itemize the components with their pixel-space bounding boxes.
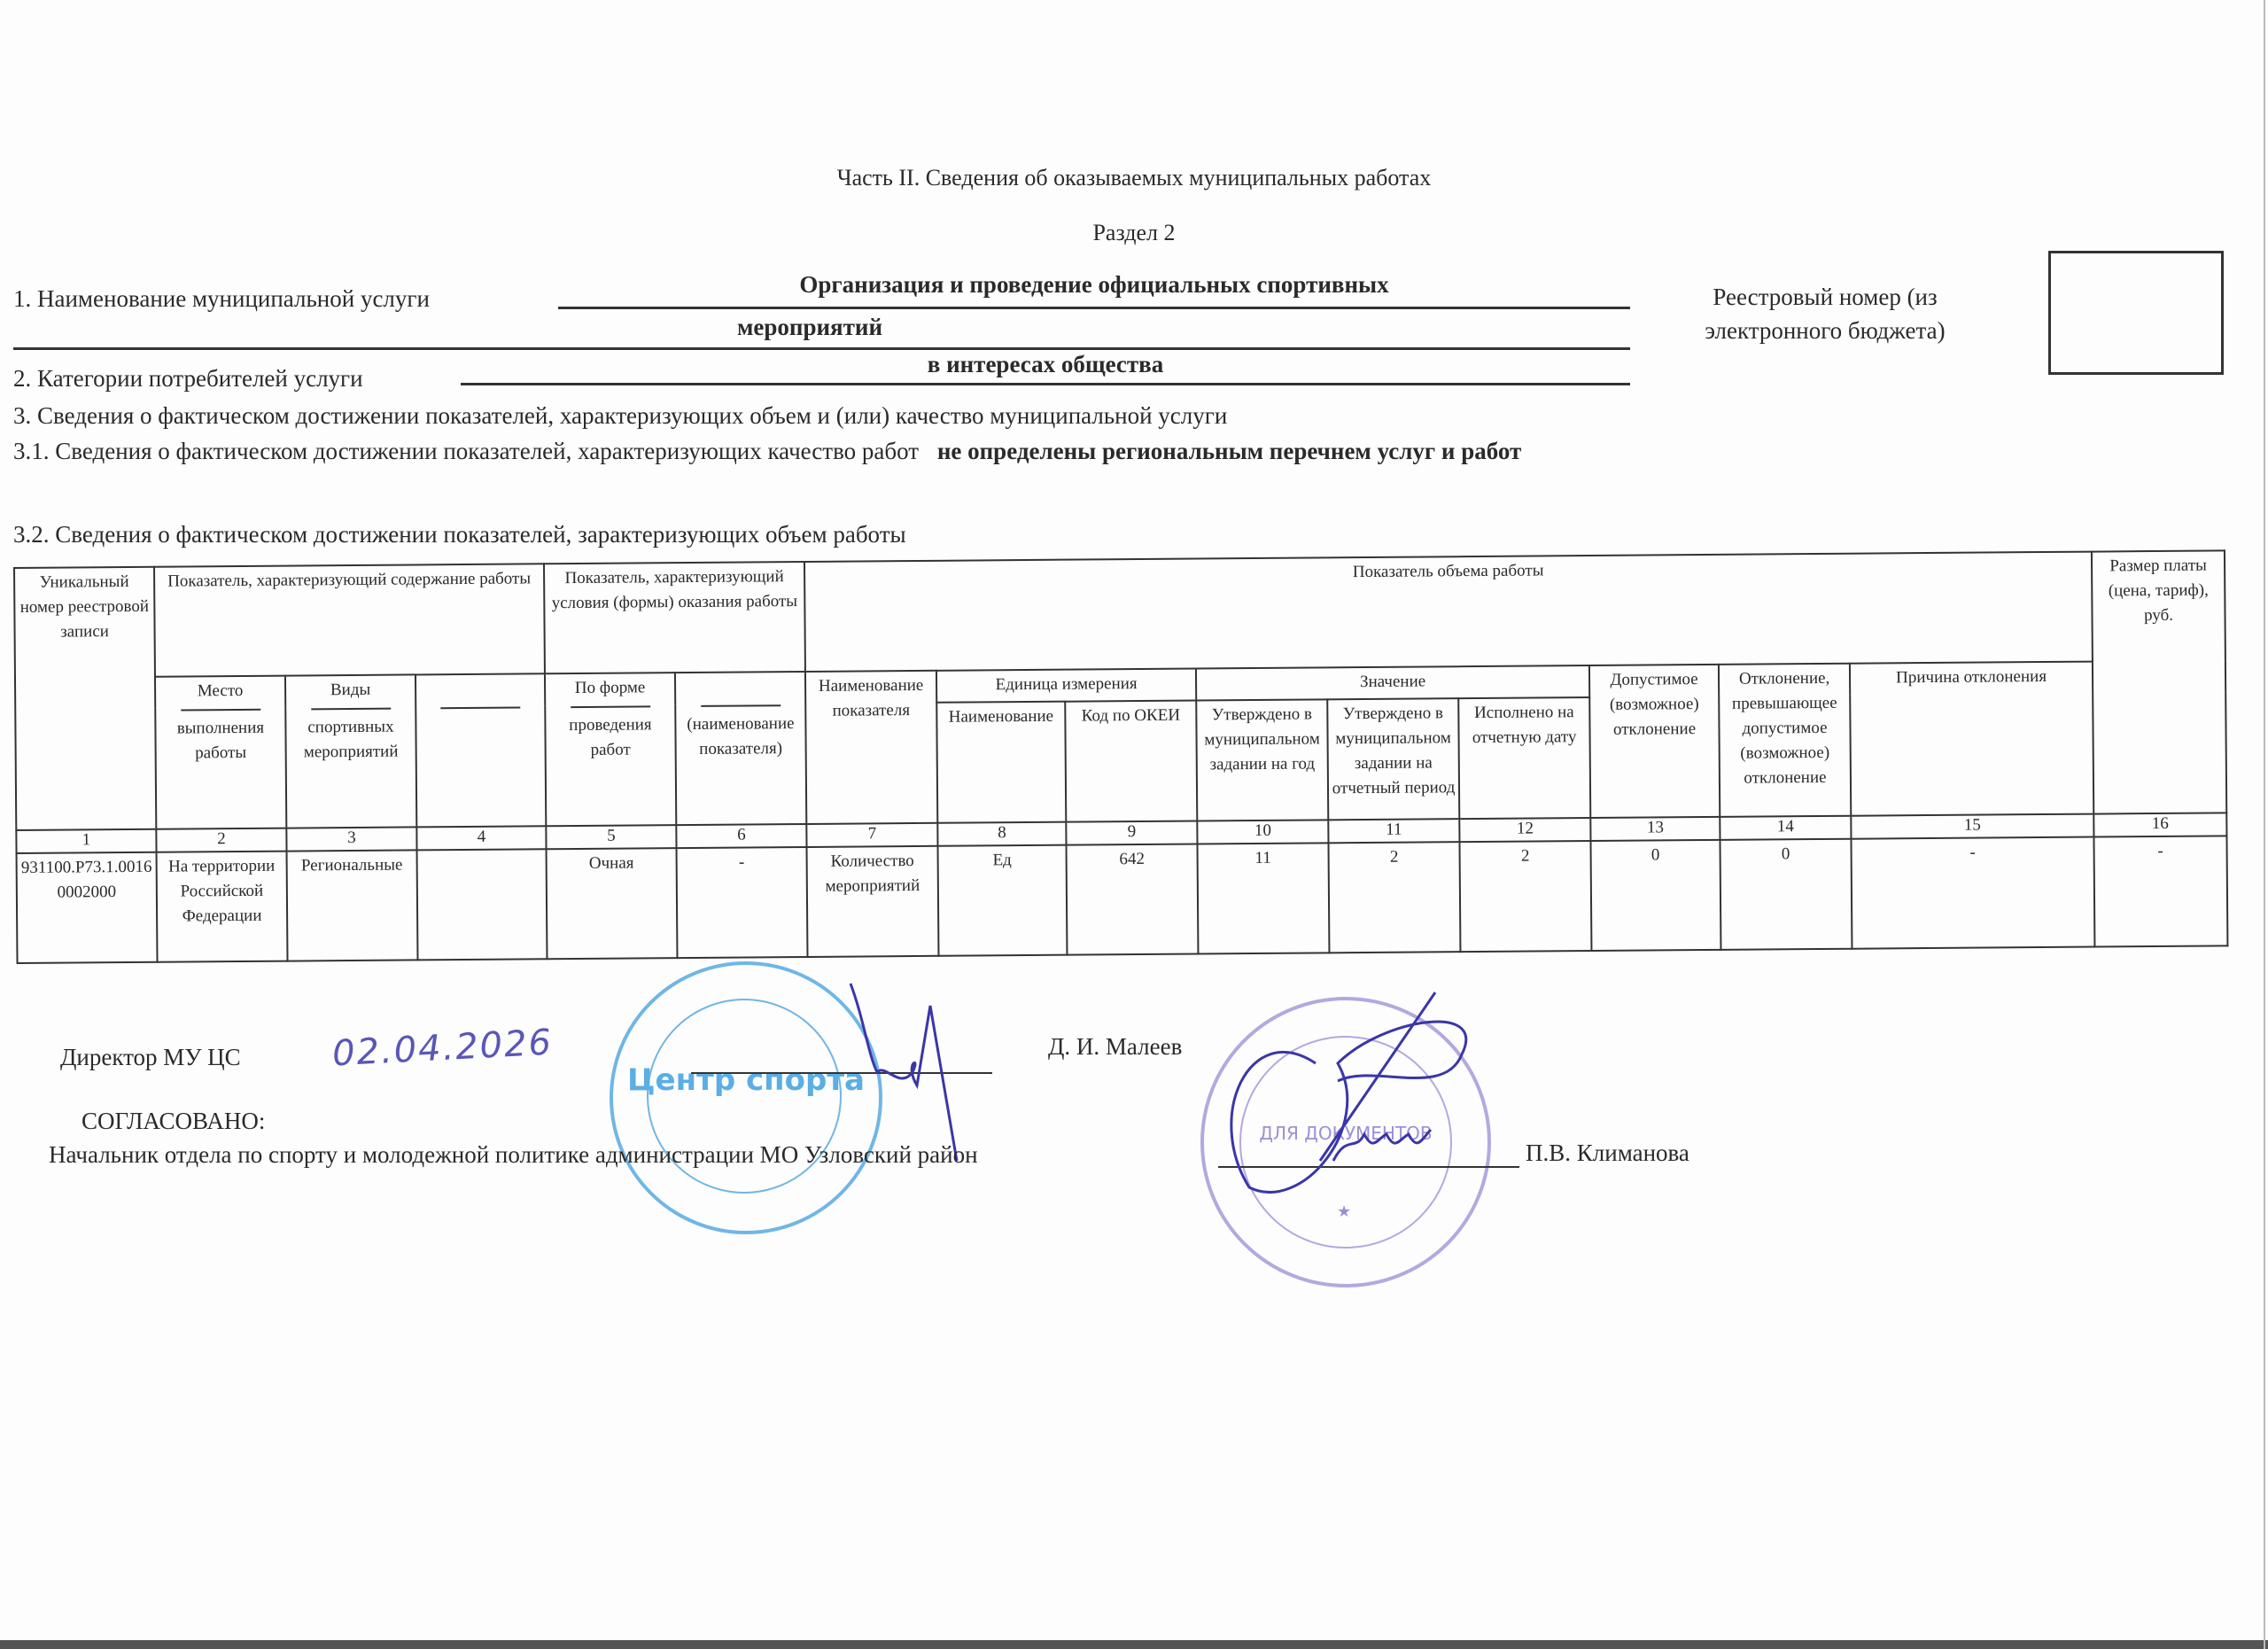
divider — [571, 705, 650, 708]
head-name: П.В. Климанова — [1526, 1140, 1689, 1167]
divider — [701, 704, 781, 707]
consumer-category-value: в интересах общества — [461, 351, 1630, 385]
cell-kinds: Региональные — [287, 850, 418, 961]
consumer-category-label: 2. Категории потребителей услуги — [13, 365, 363, 393]
header-kinds: Виды спортивных мероприятий — [285, 674, 416, 828]
col-num: 15 — [1851, 814, 2093, 839]
header-allowed-deviation: Допустимое (возможное) отклонение — [1589, 665, 1720, 818]
header-place-top: Место — [198, 681, 244, 700]
cell-indicator-sub: - — [677, 847, 808, 958]
registry-number-label: Реестровый номер (из электронного бюджет… — [1683, 280, 1967, 347]
cell-approved-year: 11 — [1198, 843, 1330, 953]
col-num: 11 — [1328, 819, 1459, 843]
head-signature — [1196, 984, 1568, 1214]
cell-deviation-reason: - — [1852, 837, 2095, 949]
header-approved-year: Утверждено в муниципальном задании на го… — [1196, 699, 1328, 821]
section-3-1-value: не определены региональным перечнем услу… — [937, 438, 1521, 464]
header-indicator-name-sub: (наименование показателя) — [675, 672, 806, 825]
director-date: 02.04.2026 — [331, 1023, 554, 1075]
cell-executed: 2 — [1460, 841, 1592, 952]
col-num: 12 — [1459, 818, 1590, 842]
service-name-line2-text: мероприятий — [737, 314, 882, 340]
service-name-label: 1. Наименование муниципальной услуги — [13, 285, 430, 313]
table-row: 931100.Р73.1.00160002000 На территории Р… — [17, 836, 2228, 963]
registry-number-box — [2048, 251, 2224, 375]
header-volume-indicator: Показатель объема работы — [804, 552, 2093, 672]
part-title: Часть II. Сведения об оказываемых муници… — [0, 165, 2268, 191]
header-indicator-name-sub-text: (наименование показателя) — [687, 714, 794, 758]
section-title: Раздел 2 — [0, 220, 2268, 246]
header-unit-name: Наименование — [936, 702, 1066, 823]
col-num: 7 — [806, 823, 937, 847]
header-fee: Размер платы (цена, тариф), руб. — [2092, 550, 2226, 813]
header-blank-indicator — [416, 673, 546, 827]
registry-label-line2: электронного бюджета) — [1683, 314, 1967, 347]
header-unit: Единица измерения — [936, 669, 1196, 703]
cell-unique-number: 931100.Р73.1.00160002000 — [17, 852, 158, 963]
col-num: 4 — [416, 826, 546, 850]
col-num: 13 — [1590, 817, 1720, 841]
scan-edge — [0, 1640, 2268, 1649]
header-form-top: По форме — [575, 678, 646, 697]
header-kinds-top: Виды — [330, 681, 370, 699]
col-num: 6 — [676, 824, 806, 848]
col-num: 14 — [1720, 816, 1851, 840]
header-conditions-indicator: Показатель, характеризующий условия (фор… — [544, 562, 805, 673]
header-unique-number: Уникальный номер реестровой записи — [14, 567, 156, 830]
cell-place: На территории Российской Федерации — [157, 852, 288, 962]
header-exceeding-deviation: Отклонение, превышающее допустимое (возм… — [1719, 664, 1851, 817]
divider — [181, 709, 260, 712]
header-form-bottom: проведения работ — [569, 715, 652, 759]
registry-label-line1: Реестровый номер (из — [1683, 280, 1967, 314]
section-3-2-heading: 3.2. Сведения о фактическом достижении п… — [13, 521, 906, 548]
header-deviation-reason: Причина отклонения — [1850, 662, 2093, 816]
cell-fee: - — [2093, 836, 2227, 946]
cell-allowed-deviation: 0 — [1591, 840, 1721, 951]
section-3-1-label: 3.1. Сведения о фактическом достижении п… — [13, 438, 919, 464]
header-kinds-bottom: спортивных мероприятий — [304, 718, 399, 762]
director-name: Д. И. Малеев — [1048, 1033, 1182, 1061]
col-num: 10 — [1197, 820, 1328, 844]
header-okei-code: Код по ОКЕИ — [1065, 701, 1197, 822]
section-3-heading: 3. Сведения о фактическом достижении пок… — [13, 402, 1227, 430]
col-num: 3 — [286, 827, 416, 851]
agreed-label: СОГЛАСОВАНО: — [82, 1108, 265, 1135]
divider — [440, 707, 520, 710]
scan-right-edge — [2264, 0, 2265, 1649]
header-indicator-name: Наименование показателя — [805, 671, 937, 824]
header-place-bottom: выполнения работы — [177, 719, 264, 763]
cell-unit-name: Ед — [938, 845, 1068, 956]
cell-indicator-name: Количество мероприятий — [807, 846, 939, 957]
divider — [311, 708, 391, 711]
header-content-indicator: Показатель, характеризующий содержание р… — [154, 564, 545, 676]
cell-approved-period: 2 — [1329, 842, 1461, 953]
col-num: 16 — [2093, 813, 2226, 836]
cell-okei-code: 642 — [1067, 844, 1199, 955]
cell-form: Очная — [547, 848, 678, 959]
header-approved-period: Утверждено в муниципальном задании на от… — [1327, 698, 1459, 820]
header-value: Значение — [1196, 665, 1589, 700]
col-num: 8 — [937, 822, 1066, 846]
col-num: 2 — [156, 828, 286, 852]
head-label: Начальник отдела по спорту и молодежной … — [49, 1141, 978, 1169]
volume-indicators-table: Уникальный номер реестровой записи Показ… — [13, 549, 2228, 964]
col-num: 9 — [1066, 821, 1197, 845]
header-place: Место выполнения работы — [155, 676, 286, 829]
header-executed: Исполнено на отчетную дату — [1458, 697, 1590, 819]
header-form: По форме проведения работ — [545, 673, 676, 826]
service-name-value-line1: Организация и проведение официальных спо… — [558, 271, 1630, 309]
service-name-value-line2: мероприятий — [13, 314, 1630, 350]
col-num: 5 — [546, 825, 676, 849]
section-3-1-heading: 3.1. Сведения о фактическом достижении п… — [13, 438, 1521, 465]
cell-exceeding-deviation: 0 — [1720, 839, 1852, 950]
cell-blank — [417, 849, 548, 960]
director-label: Директор МУ ЦС — [60, 1044, 241, 1071]
col-num: 1 — [16, 829, 156, 853]
director-signature — [815, 957, 1019, 1161]
